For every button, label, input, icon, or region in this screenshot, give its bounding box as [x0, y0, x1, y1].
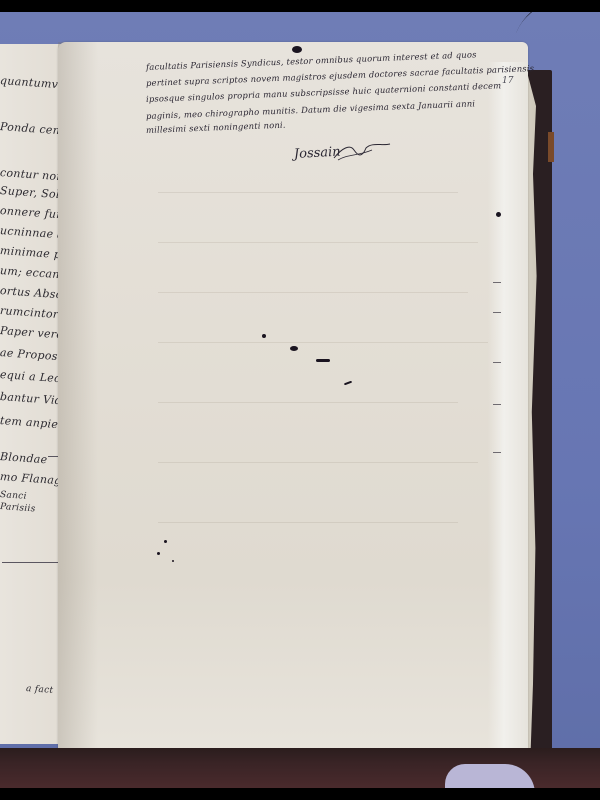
ink-blot — [262, 334, 266, 338]
page-edge — [488, 62, 528, 752]
left-text-line: Paper vere — [0, 324, 64, 341]
page-shade — [58, 42, 98, 758]
ink-speck — [157, 552, 160, 555]
bleed-through-line — [158, 292, 468, 293]
bleed-through-line — [158, 462, 478, 463]
bleed-through-line — [158, 242, 478, 243]
ruling-tick — [493, 452, 501, 453]
signature-flourish — [332, 140, 392, 162]
bleed-through-line — [158, 402, 458, 403]
left-rule — [2, 562, 58, 563]
left-text-line: Parisiis — [0, 502, 36, 514]
bleed-through-line — [158, 192, 458, 193]
ink-blot — [496, 212, 501, 217]
ink-blot — [316, 359, 330, 362]
left-text-line: a fact — [26, 684, 54, 696]
ink-blot — [290, 346, 298, 351]
cover-damage — [548, 132, 554, 162]
bleed-through-line — [158, 342, 488, 343]
folio-number: 17 — [502, 76, 513, 86]
left-text-line: Blondae — [0, 450, 48, 466]
ruling-tick — [493, 362, 501, 363]
ink-speck — [172, 560, 174, 562]
ink-blot — [292, 46, 302, 53]
ruling-tick — [493, 282, 501, 283]
ruling-tick — [493, 312, 501, 313]
ink-speck — [164, 540, 167, 543]
bleed-through-line — [158, 522, 458, 523]
left-text-line: Sanci — [0, 490, 27, 502]
ruling-tick — [493, 404, 501, 405]
photograph: quantumvis Ponda censoni contur nonnumi … — [0, 12, 600, 788]
